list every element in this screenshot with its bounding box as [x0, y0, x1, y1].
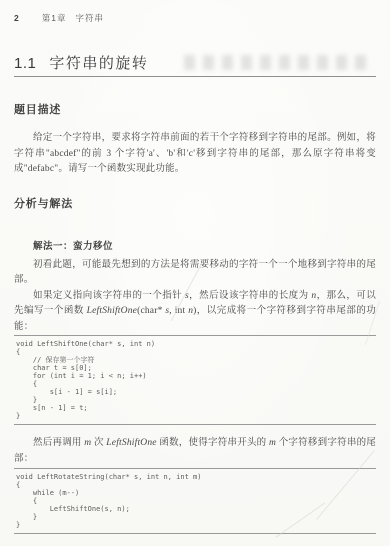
section-title-text: 字符串的旋转 — [49, 55, 148, 72]
page-number: 2 — [14, 13, 19, 23]
solution1-paragraph-1: 初看此题，可能最先想到的方法是将需要移动的字符一个一个地移到字符串的尾部。 — [14, 258, 376, 289]
book-page: 2第1章字符串 1.1字符串的旋转 题目描述 给定一个字符串，要求将字符串前面的… — [0, 0, 390, 546]
chapter-label: 第1章 — [42, 13, 67, 23]
chapter-title: 字符串 — [75, 13, 104, 23]
title-rule — [14, 76, 376, 77]
solution1-paragraph-2: 如果定义指向该字符串的一个指针 s，然后设该字符串的长度为 n，那么，可以先编写… — [14, 289, 376, 336]
problem-description-heading: 题目描述 — [14, 104, 376, 117]
analysis-heading: 分析与解法 — [14, 198, 376, 211]
solution1-heading: 解法一：蛮力移位 — [14, 240, 376, 253]
section-title: 1.1字符串的旋转 — [14, 54, 376, 74]
code-block-leftshiftone: void LeftShiftOne(char* s, int n) { // 保… — [14, 335, 376, 425]
watermark-smudge — [184, 55, 370, 70]
problem-description-text: 给定一个字符串，要求将字符串前面的若干个字符移到字符串的尾部。例如，将字符串"a… — [14, 131, 376, 178]
section-number: 1.1 — [14, 55, 36, 72]
code-block-leftrotatestring: void LeftRotateString(char* s, int n, in… — [14, 468, 376, 534]
solution1-paragraph-3: 然后再调用 m 次 LeftShiftOne 函数，使得字符串开头的 m 个字符… — [14, 436, 376, 467]
running-header: 2第1章字符串 — [14, 12, 376, 24]
